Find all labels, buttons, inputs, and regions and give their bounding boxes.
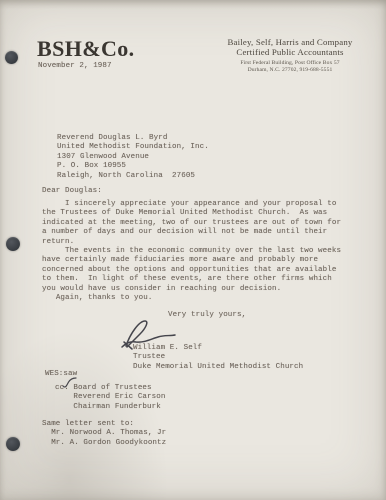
- punch-hole-middle: [6, 237, 20, 251]
- checkmark-icon: [62, 377, 77, 390]
- punch-hole-top: [5, 51, 18, 64]
- closing-line: Again, thanks to you.: [42, 294, 152, 303]
- salutation: Dear Douglas:: [42, 187, 102, 196]
- recipient-address: Reverend Douglas L. Byrd United Methodis…: [57, 134, 209, 181]
- distribution-block: Same letter sent to: Mr. Norwood A. Thom…: [42, 420, 166, 448]
- punch-hole-bottom: [6, 437, 20, 451]
- firm-address-line2: Durham, N.C. 27702, 919-688-5551: [206, 67, 374, 74]
- signature-icon: [118, 317, 180, 351]
- scanned-letter-page: { "colors": { "paper": "#eae7e0", "ink":…: [0, 0, 386, 500]
- body-paragraph-1: I sincerely appreciate your appearance a…: [42, 200, 354, 247]
- firm-address: First Federal Building, Post Office Box …: [206, 60, 374, 73]
- firm-name: Bailey, Self, Harris and Company: [206, 37, 374, 47]
- firm-subtitle: Certified Public Accountants: [206, 47, 374, 57]
- letter-date: November 2, 1987: [38, 62, 112, 71]
- body-paragraph-2: The events in the economic community ove…: [42, 247, 354, 294]
- letterhead-firm-block: Bailey, Self, Harris and Company Certifi…: [206, 37, 374, 73]
- company-logo: BSH&Co.: [37, 36, 135, 62]
- firm-address-line1: First Federal Building, Post Office Box …: [206, 60, 374, 67]
